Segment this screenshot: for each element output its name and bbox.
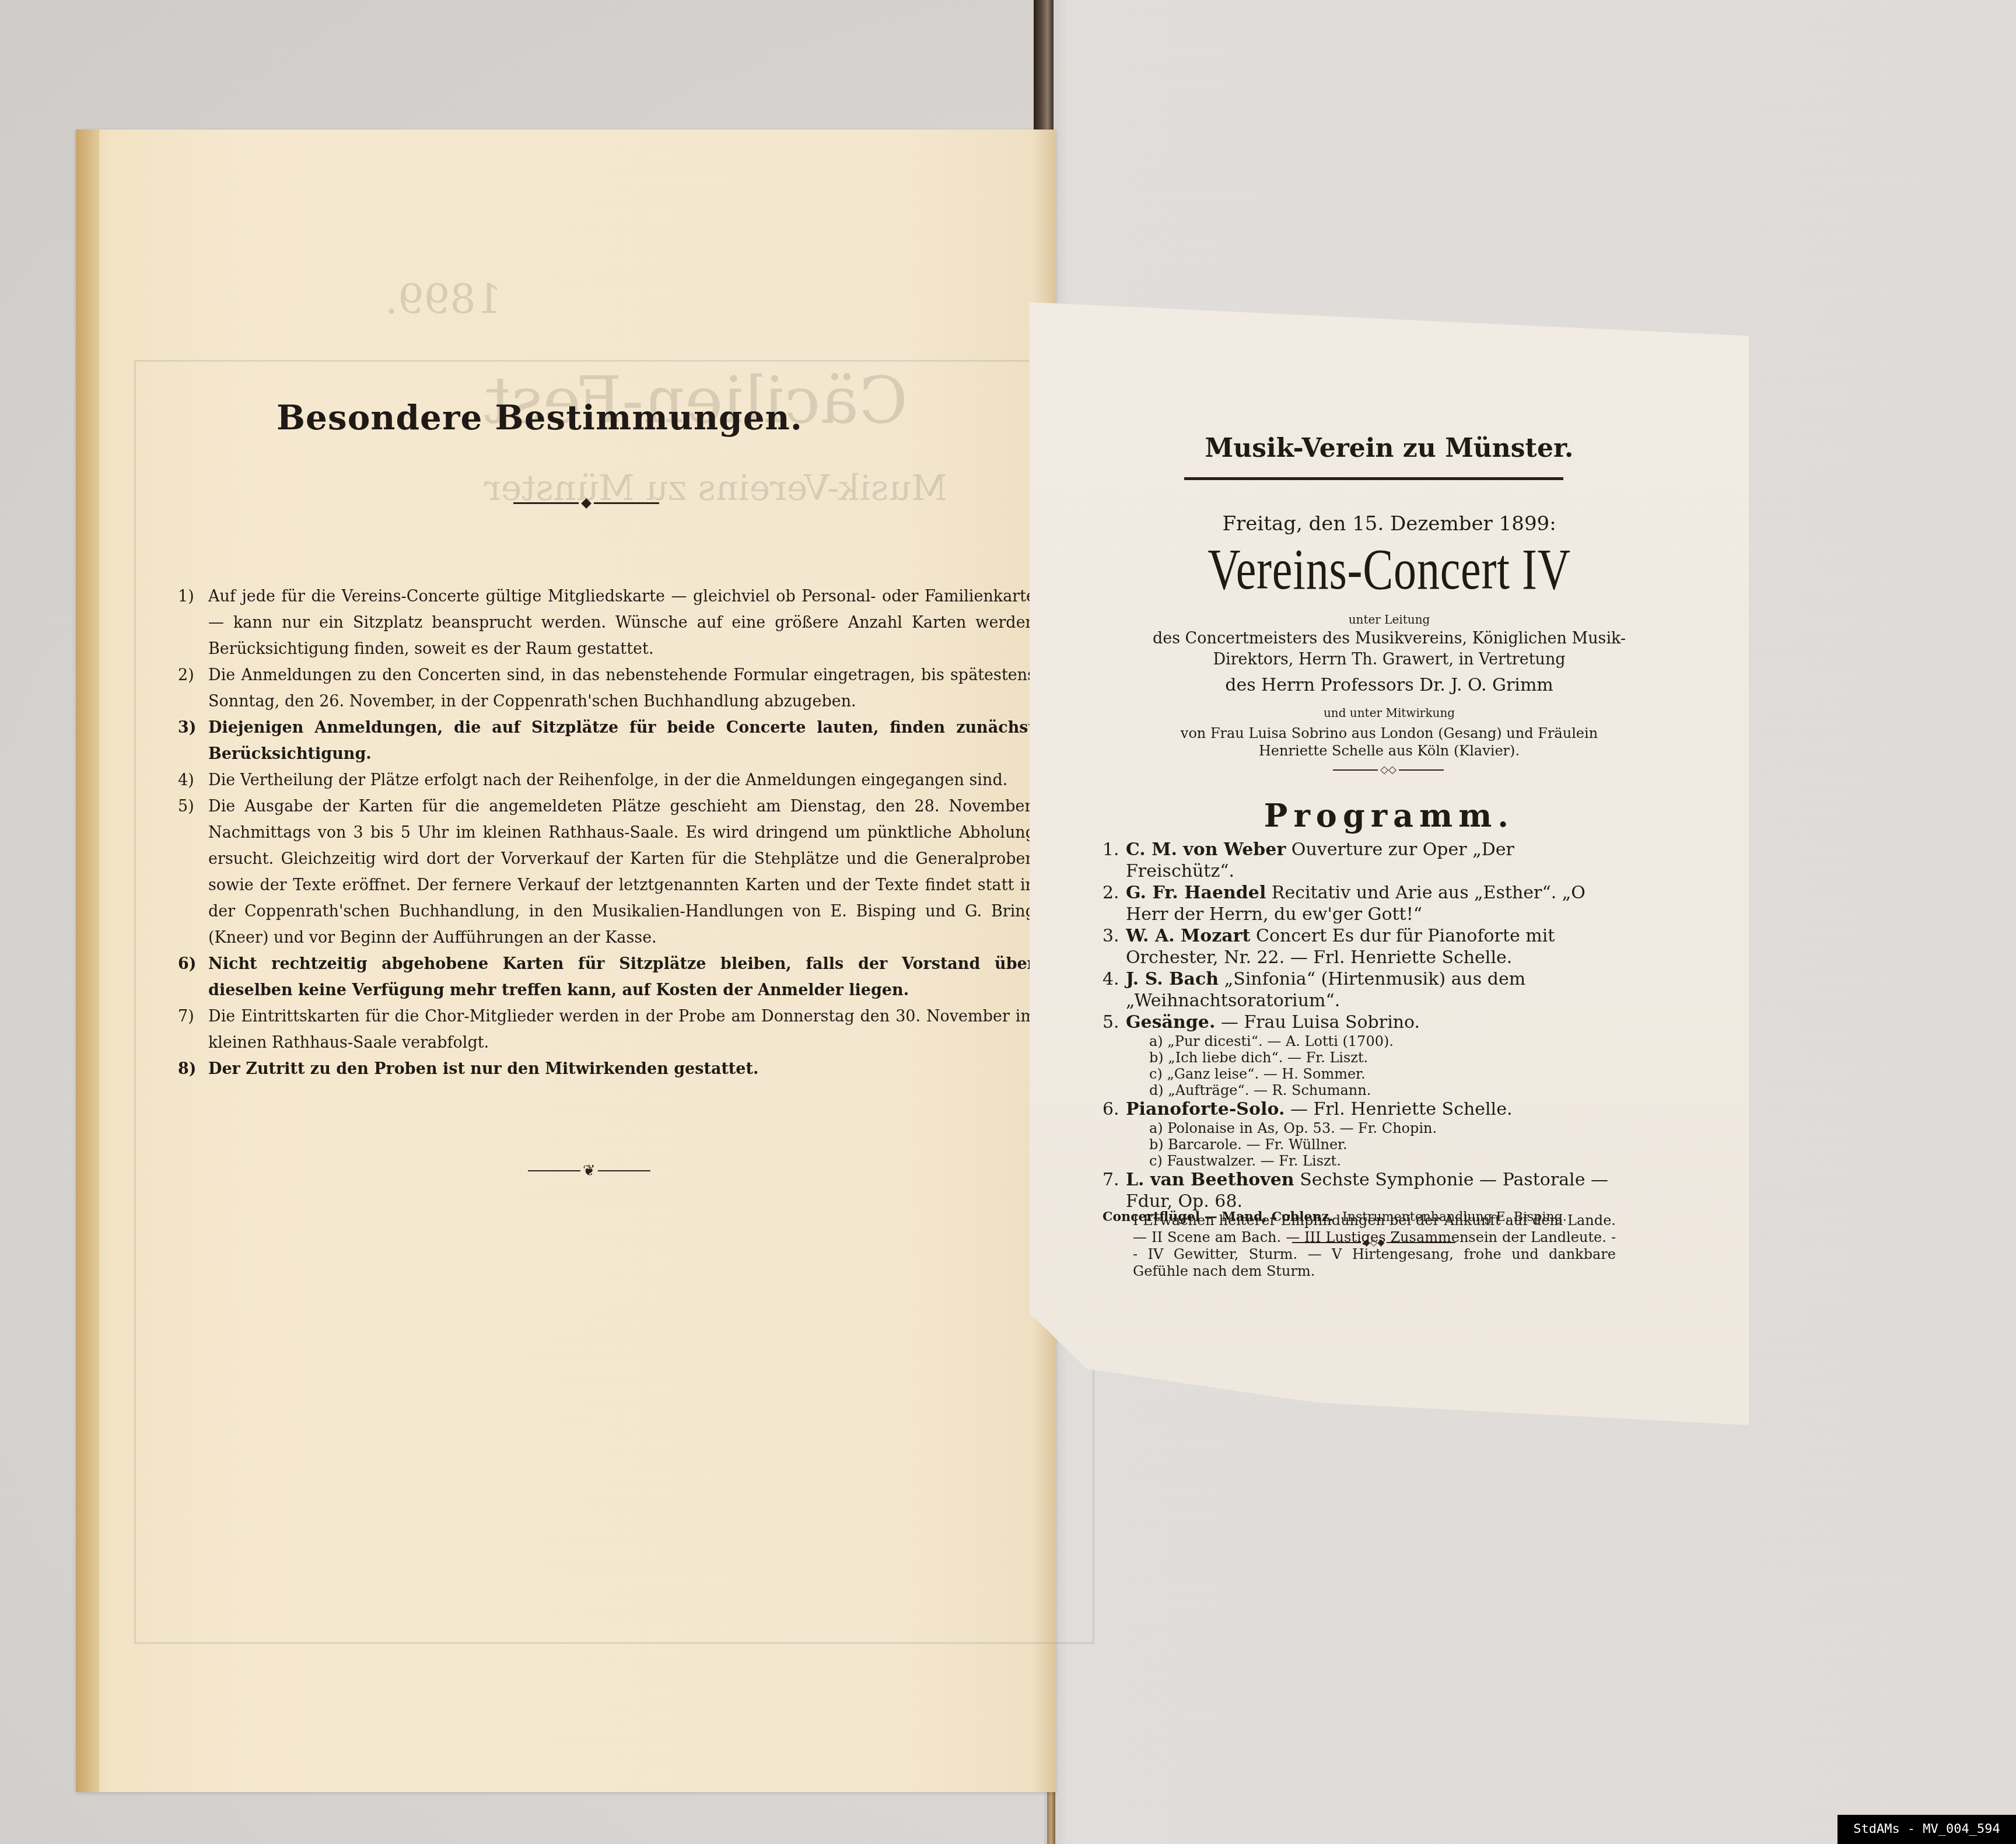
rules-list: 1)Auf jede für die Vereins-Concerte gült… bbox=[178, 583, 1035, 1082]
song-item: d) „Aufträge“. — R. Schumann. bbox=[1102, 1082, 1616, 1098]
soloists-line-1: von Frau Luisa Sobrino aus London (Gesan… bbox=[1030, 723, 1749, 743]
rule-item: 4)Die Vertheilung der Plätze erfolgt nac… bbox=[178, 767, 1035, 793]
program-item: 4.J. S. Bach „Sinfonia“ (Hirtenmusik) au… bbox=[1102, 968, 1616, 1012]
rule-item: 3)Diejenigen Anmeldungen, die auf Sitzpl… bbox=[178, 715, 1035, 767]
rule-item: 1)Auf jede für die Vereins-Concerte gült… bbox=[178, 583, 1035, 662]
piano-piece: a) Polonaise in As, Op. 53. — Fr. Chopin… bbox=[1102, 1120, 1616, 1136]
soloists-line-2: Henriette Schelle aus Köln (Klavier). bbox=[1030, 741, 1749, 761]
archive-label: StdAMs - MV_004_594 bbox=[1838, 1815, 2016, 1844]
rule-item: 8)Der Zutritt zu den Proben ist nur den … bbox=[178, 1056, 1035, 1082]
bottom-ornament: ❦ bbox=[528, 1164, 650, 1178]
page-edge bbox=[76, 130, 99, 1792]
title-ornament: ⬥ bbox=[513, 496, 659, 510]
under-direction: unter Leitung bbox=[1030, 613, 1749, 627]
program-item: 6.Pianoforte-Solo. — Frl. Henriette Sche… bbox=[1102, 1098, 1616, 1120]
page-title: Besondere Bestimmungen. bbox=[76, 398, 1003, 438]
program-heading: Programm. bbox=[1030, 797, 1749, 834]
rule-item: 5)Die Ausgabe der Karten für die angemel… bbox=[178, 793, 1035, 951]
conductor-line-3: des Herrn Professors Dr. J. O. Grimm bbox=[1030, 676, 1749, 695]
with-participation: und unter Mitwirkung bbox=[1030, 706, 1749, 720]
ornament-icon: ◇◇ bbox=[1378, 763, 1399, 777]
program-item: 1.C. M. von Weber Ouverture zur Oper „De… bbox=[1102, 839, 1616, 882]
showthrough-year: 1899. bbox=[385, 275, 502, 323]
program-item: 5.Gesänge. — Frau Luisa Sobrino. bbox=[1102, 1012, 1616, 1033]
song-item: b) „Ich liebe dich“. — Fr. Liszt. bbox=[1102, 1049, 1616, 1066]
conductor-line-2: Direktors, Herrn Th. Grawert, in Vertret… bbox=[1030, 650, 1749, 670]
divider-ornament: ◇◇ bbox=[1333, 763, 1444, 777]
conductor-line-1: des Concertmeisters des Musikvereins, Kö… bbox=[1030, 629, 1749, 649]
header-rule bbox=[1184, 477, 1563, 480]
ornament-icon: ◆◇◆ bbox=[1361, 1236, 1387, 1250]
ornament-icon: ❦ bbox=[580, 1164, 598, 1178]
ornament-icon: ⬥ bbox=[579, 496, 594, 510]
flyer-footer: Concertflügel — Mand, Coblenz. Instrumen… bbox=[1102, 1209, 1616, 1224]
rule-item: 6)Nicht rechtzeitig abgehobene Karten fü… bbox=[178, 951, 1035, 1003]
program-item: 7.L. van Beethoven Sechste Symphonie — P… bbox=[1102, 1169, 1616, 1212]
concert-flyer: Musik-Verein zu Münster. Freitag, den 15… bbox=[1030, 302, 1749, 1425]
footer-ornament: ◆◇◆ bbox=[1292, 1236, 1455, 1250]
concert-title: Vereins-Concert IV bbox=[1109, 536, 1670, 603]
piano-piece: b) Barcarole. — Fr. Wüllner. bbox=[1102, 1136, 1616, 1153]
program-item: 2.G. Fr. Haendel Recitativ und Arie aus … bbox=[1102, 882, 1616, 925]
society-header: Musik-Verein zu Münster. bbox=[1030, 433, 1749, 463]
piano-piece: c) Faustwalzer. — Fr. Liszt. bbox=[1102, 1153, 1616, 1169]
song-item: c) „Ganz leise“. — H. Sommer. bbox=[1102, 1066, 1616, 1082]
song-item: a) „Pur dicesti“. — A. Lotti (1700). bbox=[1102, 1033, 1616, 1049]
program-item: 3.W. A. Mozart Concert Es dur für Pianof… bbox=[1102, 925, 1616, 968]
concert-date: Freitag, den 15. Dezember 1899: bbox=[1030, 512, 1749, 536]
rule-item: 7)Die Eintrittskarten für die Chor-Mitgl… bbox=[178, 1003, 1035, 1056]
rule-item: 2)Die Anmeldungen zu den Concerten sind,… bbox=[178, 662, 1035, 715]
